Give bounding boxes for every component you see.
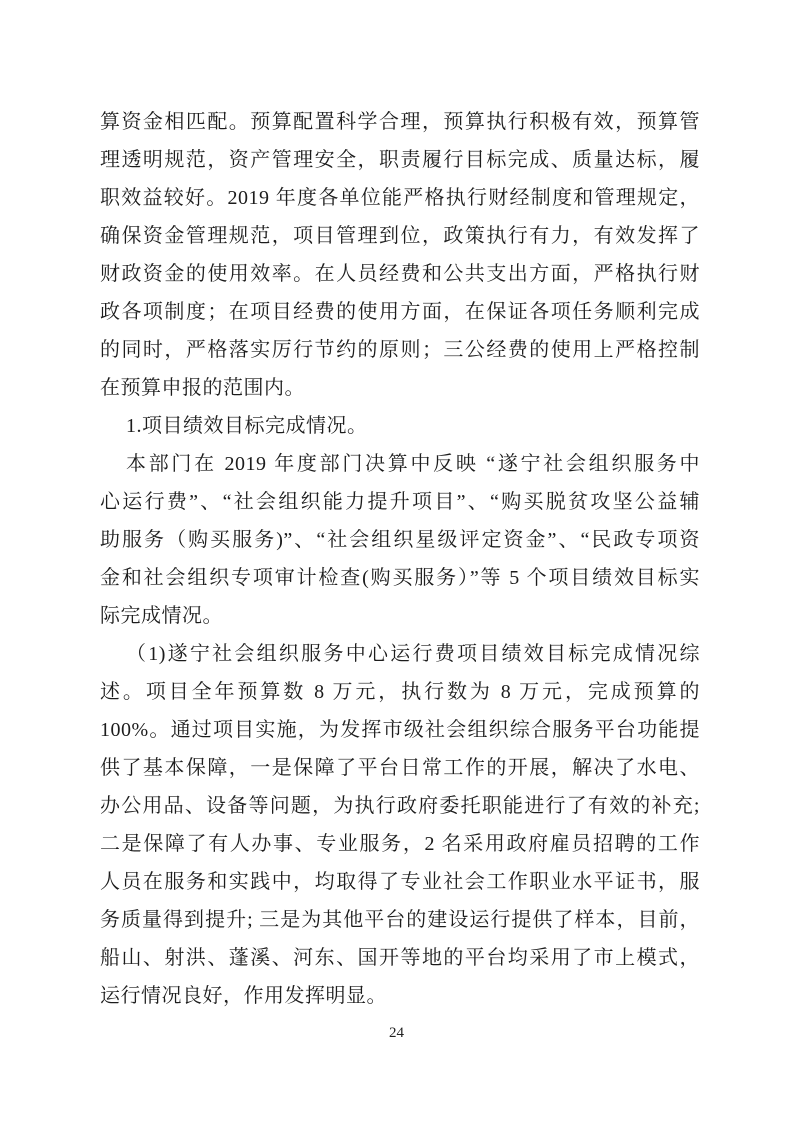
document-body: 算资金相匹配。预算配置科学合理，预算执行积极有效，预算管理透明规范，资产管理安全…	[100, 103, 700, 1015]
text-line: 本部门在 2019 年度部门决算中反映 “遂宁社会组织服务中	[100, 445, 700, 483]
text-line: 1.项目绩效目标完成情况。	[100, 407, 700, 445]
text-line: 运行情况良好，作用发挥明显。	[100, 977, 700, 1015]
document-page: 算资金相匹配。预算配置科学合理，预算执行积极有效，预算管理透明规范，资产管理安全…	[0, 0, 793, 1122]
text-line: 确保资金管理规范，项目管理到位，政策执行有力，有效发挥了	[100, 217, 700, 255]
text-line: 金和社会组织专项审计检查(购买服务）”等 5 个项目绩效目标实	[100, 559, 700, 597]
text-line: 算资金相匹配。预算配置科学合理，预算执行积极有效，预算管	[100, 103, 700, 141]
text-line: 供了基本保障，一是保障了平台日常工作的开展，解决了水电、	[100, 749, 700, 787]
text-line: 务质量得到提升; 三是为其他平台的建设运行提供了样本，目前，	[100, 901, 700, 939]
text-line: 在预算申报的范围内。	[100, 369, 700, 407]
text-line: 政各项制度；在项目经费的使用方面，在保证各项任务顺利完成	[100, 293, 700, 331]
text-line: 职效益较好。2019 年度各单位能严格执行财经制度和管理规定，	[100, 179, 700, 217]
text-line: （1)遂宁社会组织服务中心运行费项目绩效目标完成情况综	[100, 635, 700, 673]
page-number: 24	[0, 1025, 793, 1042]
text-line: 办公用品、设备等问题，为执行政府委托职能进行了有效的补充;	[100, 787, 700, 825]
text-line: 理透明规范，资产管理安全，职责履行目标完成、质量达标，履	[100, 141, 700, 179]
text-line: 二是保障了有人办事、专业服务，2 名采用政府雇员招聘的工作	[100, 825, 700, 863]
text-line: 述。项目全年预算数 8 万元，执行数为 8 万元，完成预算的	[100, 673, 700, 711]
text-line: 财政资金的使用效率。在人员经费和公共支出方面，严格执行财	[100, 255, 700, 293]
text-line: 人员在服务和实践中，均取得了专业社会工作职业水平证书，服	[100, 863, 700, 901]
text-line: 船山、射洪、蓬溪、河东、国开等地的平台均采用了市上模式，	[100, 939, 700, 977]
text-line: 心运行费”、“社会组织能力提升项目”、“购买脱贫攻坚公益辅	[100, 483, 700, 521]
text-line: 100%。通过项目实施，为发挥市级社会组织综合服务平台功能提	[100, 711, 700, 749]
text-line: 助服务（购买服务)”、“社会组织星级评定资金”、“民政专项资	[100, 521, 700, 559]
text-line: 际完成情况。	[100, 597, 700, 635]
text-line: 的同时，严格落实厉行节约的原则；三公经费的使用上严格控制	[100, 331, 700, 369]
